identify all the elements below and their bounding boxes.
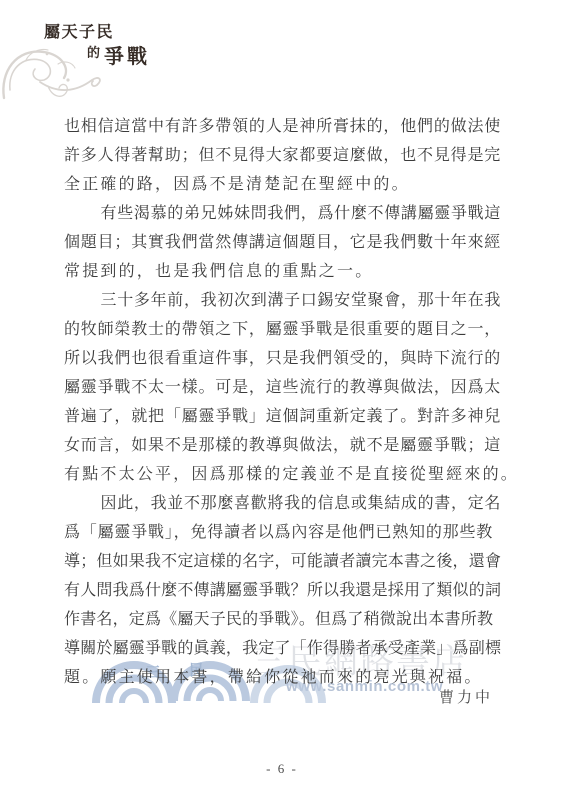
text-line: 常提到的，也是我們信息的重點之一。 bbox=[64, 257, 501, 286]
text-line: 的牧師榮教士的帶領之下，屬靈爭戰是很重要的題目之一， bbox=[64, 315, 501, 344]
text-line: 有些渴慕的弟兄姊妹問我們，爲什麼不傳講屬靈爭戰這 bbox=[64, 199, 501, 228]
text-line: 導關於屬靈爭戰的眞義，我定了「作得勝者承受產業」爲副標 bbox=[64, 634, 501, 663]
book-title-line2: 的 爭戰 bbox=[87, 40, 150, 69]
page-number: - 6 - bbox=[0, 761, 564, 777]
text-line: 個題目；其實我們當然傳講這個題目，它是我們數十年來經 bbox=[64, 228, 501, 257]
text-line: 因此，我並不那麼喜歡將我的信息或集結成的書，定名 bbox=[64, 489, 501, 518]
book-page: 屬天子民 的 爭戰 三民網路書店 www.sanmin.com.tw bbox=[0, 0, 564, 800]
text-line: 作書名，定爲《屬天子民的爭戰》。但爲了稍微說出本書所教 bbox=[64, 605, 501, 634]
book-title-main: 爭戰 bbox=[104, 46, 150, 68]
text-line: 所以我們也很看重這件事，只是我們領受的，與時下流行的 bbox=[64, 344, 501, 373]
text-line: 爲「屬靈爭戰」，免得讀者以爲內容是他們已熟知的那些教 bbox=[64, 518, 501, 547]
text-line: 全正確的路，因爲不是清楚記在聖經中的。 bbox=[64, 170, 501, 199]
text-line: 有人問我爲什麼不傳講屬靈爭戰？所以我還是採用了類似的詞 bbox=[64, 576, 501, 605]
text-line: 題。願主使用本書，帶給你從祂而來的亮光與祝福。 bbox=[64, 663, 501, 692]
text-line: 也相信這當中有許多帶領的人是神所膏抹的，他們的做法使 bbox=[64, 112, 501, 141]
book-title-particle: 的 bbox=[87, 45, 100, 60]
text-line: 三十多年前，我初次到溝子口錫安堂聚會，那十年在我 bbox=[64, 286, 501, 315]
text-line: 有點不太公平，因爲那樣的定義並不是直接從聖經來的。 bbox=[64, 460, 501, 489]
text-line: 普遍了，就把「屬靈爭戰」這個詞重新定義了。對許多神兒 bbox=[64, 402, 501, 431]
text-line: 導；但如果我不定這樣的名字，可能讀者讀完本書之後，還會 bbox=[64, 547, 501, 576]
text-line: 屬靈爭戰不太一樣。可是，這些流行的教導與做法，因爲太 bbox=[64, 373, 501, 402]
author-signature: 曹力中 bbox=[439, 686, 493, 707]
text-line: 許多人得著幫助；但不見得大家都要這麼做，也不見得是完 bbox=[64, 141, 501, 170]
body-text: 也相信這當中有許多帶領的人是神所膏抹的，他們的做法使許多人得著幫助；但不見得大家… bbox=[64, 112, 501, 692]
text-line: 女而言，如果不是那樣的教導與做法，就不是屬靈爭戰；這 bbox=[64, 431, 501, 460]
book-title-line1: 屬天子民 bbox=[44, 19, 114, 42]
